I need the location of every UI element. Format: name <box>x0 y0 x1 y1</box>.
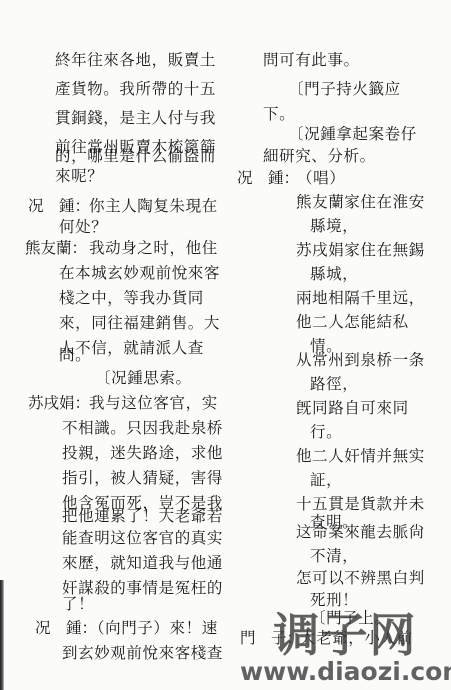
dialogue-line: 棧之中，等我办貨同 <box>59 288 204 308</box>
song-line: 他二人奸情并無实 <box>296 446 425 466</box>
dialogue-line: 貫銅錢，是主人付与我 <box>55 108 216 128</box>
speaker-label-xiong-youlan: 熊友蘭： <box>25 238 87 258</box>
song-line: 熊友蘭家住在淮安 <box>296 192 425 212</box>
stage-direction: 〔門子持火籤应 <box>288 79 401 99</box>
dialogue-line: 終年往來各地，販賣土 <box>55 50 216 70</box>
dialogue-line: 問。 <box>59 345 91 365</box>
dialogue-line: 不相識。只因我赴泉桥 <box>62 418 223 438</box>
speaker-label-su-xujuan: 苏戌娟： <box>28 393 90 413</box>
dialogue-line: 大老爺，小人前 <box>300 628 413 648</box>
dialogue-line: 我动身之时，他住 <box>89 238 218 258</box>
song-line: 縣境， <box>310 216 358 236</box>
stage-direction: 〔况鍾思索。 <box>95 368 192 388</box>
song-line: 苏戌娟家住在無錫 <box>296 240 425 260</box>
song-line: 兩地相隔千里远， <box>296 288 425 308</box>
dialogue-line: 來呢？ <box>55 166 103 186</box>
dialogue-line: 細研究、分析。 <box>263 146 376 166</box>
song-line: 縣城， <box>310 264 358 284</box>
song-line: 証， <box>310 470 342 490</box>
speaker-label-menzi: 門 子： <box>240 628 302 648</box>
speaker-label-kuang-zhong: 况 鍾： <box>28 196 90 216</box>
dialogue-line: 你主人陶复朱現在 <box>89 196 218 216</box>
dialogue-line: 了！ <box>62 594 94 614</box>
dialogue-line: 投親，迷失路途，求他 <box>62 443 223 463</box>
song-line: 怎可以不辨黑白判 <box>296 568 425 588</box>
stage-direction: 〔門子上。 <box>310 608 391 628</box>
watermark-url-text: www.diaozi.com <box>240 658 451 686</box>
dialogue-line: 到玄妙观前悅來客棧查 <box>62 643 223 663</box>
song-line: 死刑！ <box>310 590 358 610</box>
scanned-page: 終年往來各地，販賣土 產貨物。我所帶的十五 貫銅錢，是主人付与我 前往常州販賣木… <box>0 0 451 690</box>
stage-direction: 〔况鍾拿起案卷仔 <box>288 124 417 144</box>
dialogue-line: 何处？ <box>59 217 107 237</box>
page-binding-edge <box>0 580 4 690</box>
dialogue-line: 問可有此事。 <box>263 50 360 70</box>
song-line: 这命案來龍去脈尙 <box>296 522 425 542</box>
dialogue-line: 下。 <box>263 104 295 124</box>
dialogue-line: 來歷，就知道我与他通 <box>62 553 223 573</box>
song-line: 不清， <box>310 546 358 566</box>
song-line: 路徑， <box>310 374 358 394</box>
speaker-label-kuang-zhong: 况 鍾： <box>35 618 97 638</box>
song-direction: （唱） <box>297 168 345 188</box>
dialogue-line: 把他連累了！大老爺若 <box>62 506 223 526</box>
dialogue-line: 的，哪里是什么偷盜而 <box>55 146 216 166</box>
dialogue-line: 指引，被人猜疑，害得 <box>62 468 223 488</box>
song-line: 从常州到泉桥一条 <box>296 350 425 370</box>
song-line: 行。 <box>310 422 342 442</box>
speaker-label-kuang-zhong: 况 鍾： <box>237 168 299 188</box>
dialogue-line: 能查明这位客官的真实 <box>62 528 223 548</box>
song-line: 十五貫是貨款并未 <box>296 494 425 514</box>
dialogue-line: 在本城玄妙观前悅來客 <box>59 263 220 283</box>
song-line: 旣同路自可來同 <box>296 398 409 418</box>
dialogue-line: 我与这位客官，实 <box>89 393 218 413</box>
dialogue-line: （向門子）來！速 <box>89 618 218 638</box>
song-line: 他二人怎能結私 <box>296 312 409 332</box>
dialogue-line: 產貨物。我所帶的十五 <box>55 79 216 99</box>
dialogue-line: 來，同往福建銷售。大 <box>59 313 220 333</box>
